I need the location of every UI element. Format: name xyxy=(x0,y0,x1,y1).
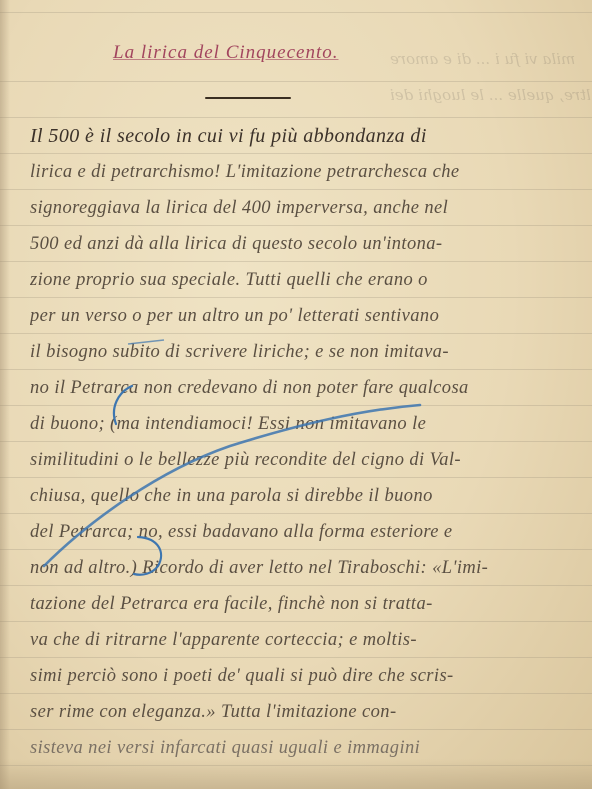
bleed-through-text: mila vi fu i ... di e amore xyxy=(390,50,575,68)
text-line: no il Petrarca non credevano di non pote… xyxy=(30,370,590,406)
text-line: di buono; (ma intendiamoci! Essi non imi… xyxy=(30,406,590,442)
text-line: per un verso o per un altro un po' lette… xyxy=(30,298,590,334)
text-line: il bisogno subito di scrivere liriche; e… xyxy=(30,334,590,370)
text-line: Il 500 è il secolo in cui vi fu più abbo… xyxy=(30,118,590,154)
text-line: tazione del Petrarca era facile, finchè … xyxy=(30,586,590,622)
text-line: del Petrarca; no, essi badavano alla for… xyxy=(30,514,590,550)
text-line: signoreggiava la lirica del 400 imperver… xyxy=(30,190,590,226)
manuscript-page: mila vi fu i ... di e amore il fanale al… xyxy=(0,0,592,789)
text-line: 500 ed anzi dà alla lirica di questo sec… xyxy=(30,226,590,262)
text-line: ser rime con eleganza.» Tutta l'imitazio… xyxy=(30,694,590,730)
text-line: lirica e di petrarchismo! L'imitazione p… xyxy=(30,154,590,190)
page-title: La lirica del Cinquecento. xyxy=(113,42,338,64)
text-line: zione proprio sua speciale. Tutti quelli… xyxy=(30,262,590,298)
bleed-through-text: il fanale altre, quelle ... le luoghi de… xyxy=(390,86,592,104)
text-line: va che di ritrarne l'apparente corteccia… xyxy=(30,622,590,658)
page-edge-shadow xyxy=(0,759,592,789)
title-underline-rule xyxy=(205,97,291,99)
text-line: similitudini o le bellezze più recondite… xyxy=(30,442,590,478)
manuscript-body: Il 500 è il secolo in cui vi fu più abbo… xyxy=(30,118,590,766)
text-line: chiusa, quello che in una parola si dire… xyxy=(30,478,590,514)
page-edge-shadow xyxy=(0,0,10,789)
text-line: non ad altro.) Ricordo di aver letto nel… xyxy=(30,550,590,586)
text-line: simi perciò sono i poeti de' quali si pu… xyxy=(30,658,590,694)
